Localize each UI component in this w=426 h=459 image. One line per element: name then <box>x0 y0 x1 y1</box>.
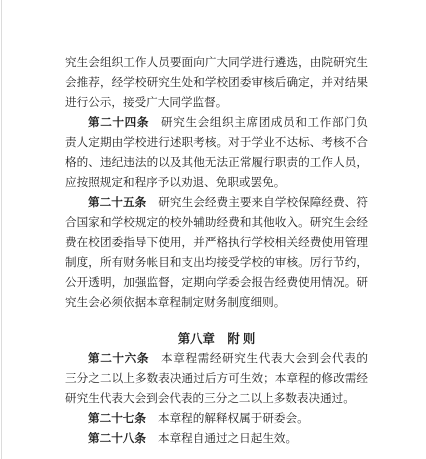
body-line: 究生会必须依据本章程制定财务制度细则。 <box>65 293 368 313</box>
chapter-heading: 第八章 附 则 <box>65 329 368 349</box>
line-text: 责人定期由学校进行述职考核。对于学业不达标、考核不合 <box>65 136 368 149</box>
body-line: 费在校团委指导下使用，并严格执行学校相关经费使用管理 <box>65 233 368 253</box>
article-number: 第二十七条 <box>88 412 146 425</box>
body-line: 应按照规定和程序予以劝退、免职或罢免。 <box>65 173 368 193</box>
line-text: 制度，所有财务帐目和支出均接受学校的审核。厉行节约， <box>65 256 368 269</box>
article-number: 第二十四条 <box>88 116 149 129</box>
line-text: 费在校团委指导下使用，并严格执行学校相关经费使用管理 <box>65 236 368 249</box>
line-text: 研究生会经费主要来自学校保障经费、符 <box>158 196 368 209</box>
article-line: 第二十六条本章程需经研究生代表大会到会代表的 <box>65 349 368 369</box>
line-text: 研究生会组织主席团成员和工作部门负 <box>161 116 368 129</box>
line-text: 格的、违纪违法的以及其他无法正常履行职责的工作人员， <box>65 156 368 169</box>
line-text: 合国家和学校规定的校外辅助经费和其他收入。研究生会经 <box>65 216 368 229</box>
body-line: 合国家和学校规定的校外辅助经费和其他收入。研究生会经 <box>65 213 368 233</box>
line-text: 本章程自通过之日起生效。 <box>158 432 297 445</box>
line-text: 进行公示，接受广大同学监督。 <box>65 96 227 109</box>
line-text: 本章程的解释权属于研委会。 <box>158 412 309 425</box>
article-line: 第二十五条研究生会经费主要来自学校保障经费、符 <box>65 193 368 213</box>
body-line: 究生会组织工作人员要面向广大同学进行遴选，由院研究生 <box>65 53 368 73</box>
line-text: 应按照规定和程序予以劝退、免职或罢免。 <box>65 176 285 189</box>
line-text: 会推荐，经学校研究生处和学校团委审核后确定，并对结果 <box>65 76 368 89</box>
document-page: 究生会组织工作人员要面向广大同学进行遴选，由院研究生 会推荐，经学校研究生处和学… <box>0 0 426 459</box>
article-number: 第二十八条 <box>88 432 146 445</box>
article-line: 第二十七条本章程的解释权属于研委会。 <box>65 409 368 429</box>
article-number: 第二十六条 <box>88 352 149 365</box>
body-line: 制度，所有财务帐目和支出均接受学校的审核。厉行节约， <box>65 253 368 273</box>
body-line: 责人定期由学校进行述职考核。对于学业不达标、考核不合 <box>65 133 368 153</box>
article-line: 第二十四条研究生会组织主席团成员和工作部门负 <box>65 113 368 133</box>
line-text: 本章程需经研究生代表大会到会代表的 <box>161 352 368 365</box>
article-number: 第二十五条 <box>88 196 146 209</box>
article-line: 第二十八条本章程自通过之日起生效。 <box>65 429 368 449</box>
body-line: 格的、违纪违法的以及其他无法正常履行职责的工作人员， <box>65 153 368 173</box>
line-text: 三分之二以上多数表决通过后方可生效；本章程的修改需经 <box>65 372 368 385</box>
body-line: 公开透明，加强监督，定期向学委会报告经费使用情况。研 <box>65 273 368 293</box>
line-text: 究生会组织工作人员要面向广大同学进行遴选，由院研究生 <box>65 56 368 69</box>
body-line: 会推荐，经学校研究生处和学校团委审核后确定，并对结果 <box>65 73 368 93</box>
document-body: 究生会组织工作人员要面向广大同学进行遴选，由院研究生 会推荐，经学校研究生处和学… <box>65 53 368 449</box>
body-line: 进行公示，接受广大同学监督。 <box>65 93 368 113</box>
line-text: 研究生代表大会到会代表的三分之二以上多数表决通过。 <box>65 392 355 405</box>
page-edge-line <box>1 0 2 459</box>
body-line: 研究生代表大会到会代表的三分之二以上多数表决通过。 <box>65 389 368 409</box>
body-line: 三分之二以上多数表决通过后方可生效；本章程的修改需经 <box>65 369 368 389</box>
line-text: 公开透明，加强监督，定期向学委会报告经费使用情况。研 <box>65 276 368 289</box>
line-text: 究生会必须依据本章程制定财务制度细则。 <box>65 296 285 309</box>
